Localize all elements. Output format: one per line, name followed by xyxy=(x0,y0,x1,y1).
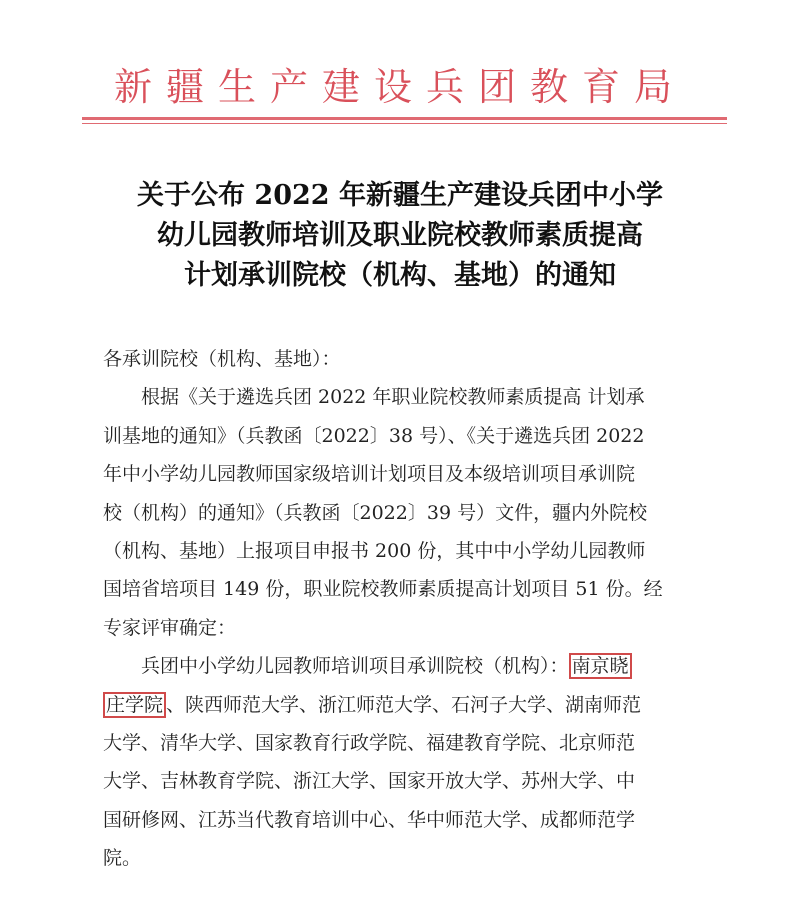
highlighted-institution-part2: 庄学院 xyxy=(103,692,166,718)
paragraph-line: 兵团中小学幼儿园教师培训项目承训院校（机构）：南京晓 xyxy=(103,647,723,685)
list-intro: 兵团中小学幼儿园教师培训项目承训院校（机构）： xyxy=(141,655,569,677)
paragraph-line: 国研修网、江苏当代教育培训中心、华中师范大学、成都师范学 xyxy=(103,801,723,839)
institution-list: 、陕西师范大学、浙江师范大学、石河子大学、湖南师范 xyxy=(166,694,641,716)
paragraph-line: 校（机构）的通知》（兵教函〔2022〕39 号）文件，疆内外院校 xyxy=(103,494,723,532)
title-line: 计划承训院校（机构、基地）的通知 xyxy=(0,256,800,296)
letterhead-rule-thin xyxy=(82,123,727,124)
paragraph-line: 专家评审确定： xyxy=(103,609,723,647)
paragraph-line: （机构、基地）上报项目申报书 200 份，其中中小学幼儿园教师 xyxy=(103,532,723,570)
letterhead-rule-thick xyxy=(82,117,727,120)
title-line: 幼儿园教师培训及职业院校教师素质提高 xyxy=(0,216,800,256)
paragraph-line: 大学、吉林教育学院、浙江大学、国家开放大学、苏州大学、中 xyxy=(103,762,723,800)
title-line: 关于公布 2022 年新疆生产建设兵团中小学 xyxy=(0,176,800,216)
highlighted-institution-part1: 南京晓 xyxy=(569,653,632,679)
letterhead-title: 新疆生产建设兵团教育局 xyxy=(0,56,800,111)
paragraph-line: 国培省培项目 149 份，职业院校教师素质提高计划项目 51 份。经 xyxy=(103,570,723,608)
paragraph-line: 根据《关于遴选兵团 2022 年职业院校教师素质提高 计划承 xyxy=(103,378,723,416)
paragraph-line: 院。 xyxy=(103,839,723,877)
salutation: 各承训院校（机构、基地）： xyxy=(103,340,723,378)
paragraph-line: 年中小学幼儿园教师国家级培训计划项目及本级培训项目承训院 xyxy=(103,455,723,493)
document-title: 关于公布 2022 年新疆生产建设兵团中小学 幼儿园教师培训及职业院校教师素质提… xyxy=(0,176,800,296)
paragraph-line: 训基地的通知》（兵教函〔2022〕38 号）、《关于遴选兵团 2022 xyxy=(103,417,723,455)
document-body: 各承训院校（机构、基地）： 根据《关于遴选兵团 2022 年职业院校教师素质提高… xyxy=(103,340,723,877)
paragraph-line: 庄学院、陕西师范大学、浙江师范大学、石河子大学、湖南师范 xyxy=(103,686,723,724)
paragraph-line: 大学、清华大学、国家教育行政学院、福建教育学院、北京师范 xyxy=(103,724,723,762)
